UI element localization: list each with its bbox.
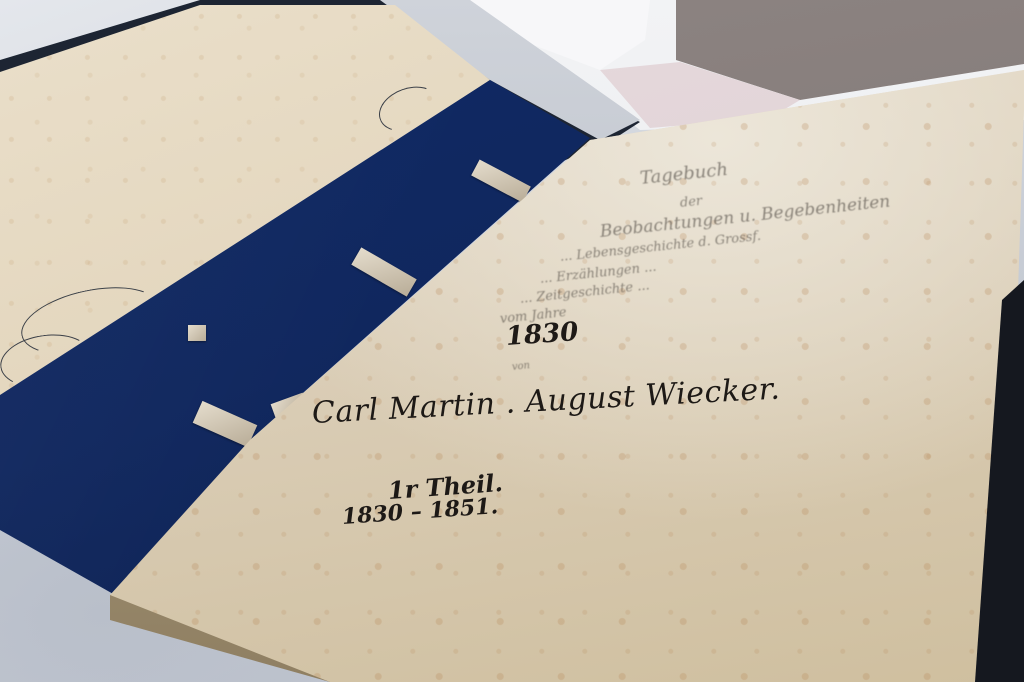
by-text: von xyxy=(511,360,530,373)
year-text: 1830 xyxy=(505,317,579,352)
paper-fragment xyxy=(188,325,206,341)
text-line: der xyxy=(679,194,703,211)
